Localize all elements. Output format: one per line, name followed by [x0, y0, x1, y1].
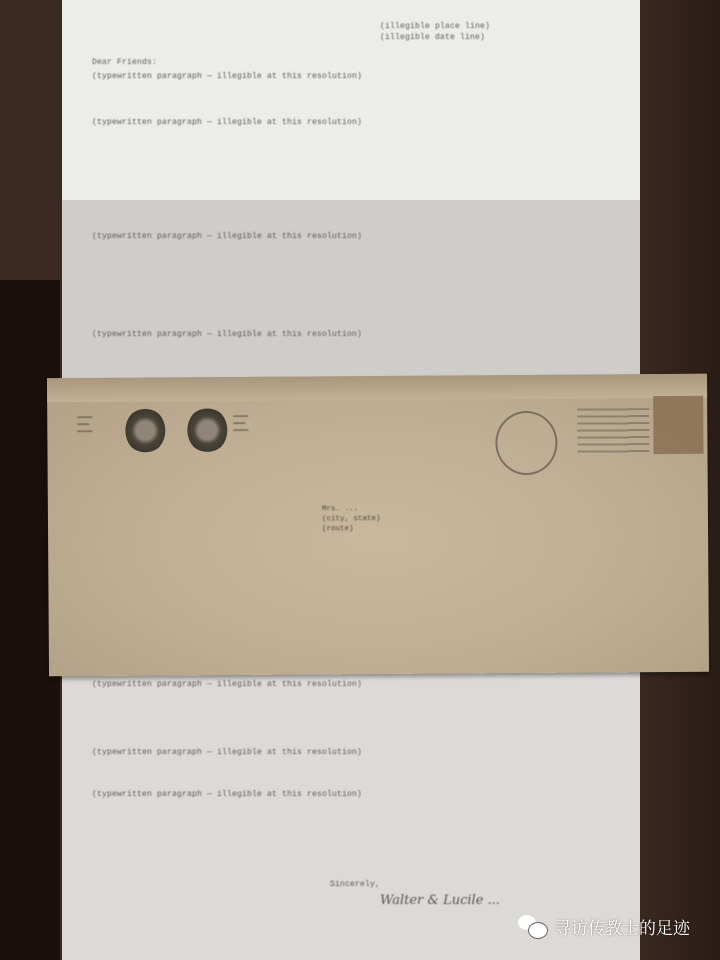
recipient-address: Mrs. ... (city, state) (route)	[322, 504, 381, 534]
postage-stamp	[653, 396, 703, 454]
seal-icon	[125, 407, 165, 453]
letter-paragraph: (typewritten paragraph — illegible at th…	[92, 680, 622, 691]
envelope: ▬▬▬▬▬▬▬▬▬▬▬▬▬▬ ▬▬▬▬▬▬▬▬▬▬▬▬▬▬ Mrs. ... (…	[47, 374, 709, 677]
letter-paragraph: (typewritten paragraph — illegible at th…	[92, 330, 622, 341]
letter-paragraph: (typewritten paragraph — illegible at th…	[92, 790, 622, 801]
return-address-right: ▬▬▬▬▬▬▬▬▬▬▬▬▬▬	[233, 413, 248, 434]
letter-paragraph: (typewritten paragraph — illegible at th…	[92, 748, 622, 759]
return-address-left: ▬▬▬▬▬▬▬▬▬▬▬▬▬▬	[77, 414, 92, 435]
letter-paragraph: (typewritten paragraph — illegible at th…	[92, 118, 622, 129]
signature: Walter & Lucile ...	[380, 893, 500, 908]
cancellation-lines	[577, 408, 649, 457]
letter-paragraph: (typewritten paragraph — illegible at th…	[92, 232, 622, 243]
postmark-icon	[495, 411, 557, 475]
letter-salutation: Dear Friends:	[92, 58, 157, 69]
envelope-flap-edge	[47, 374, 707, 403]
letter-paragraph: (typewritten paragraph — illegible at th…	[92, 72, 622, 83]
wechat-icon	[518, 915, 548, 939]
letter-closing: Sincerely,	[330, 880, 380, 891]
watermark-text: 寻访传教士的足迹	[554, 914, 690, 939]
letter-fold-shadow	[62, 200, 640, 380]
seal-icon	[187, 407, 227, 453]
watermark: 寻访传教士的足迹	[518, 914, 690, 939]
letter-header: (illegible place line) (illegible date l…	[380, 22, 560, 43]
